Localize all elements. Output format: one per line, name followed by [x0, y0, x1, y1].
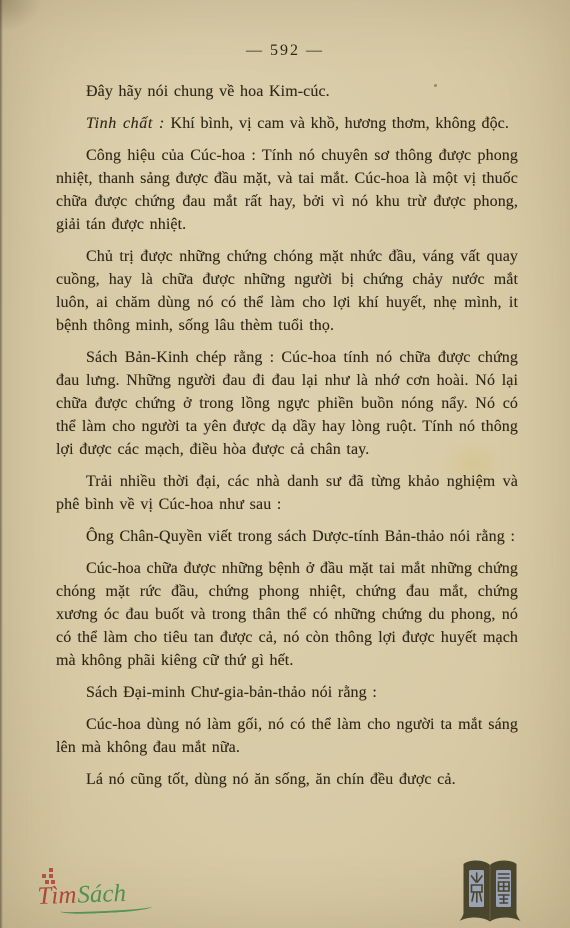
- paragraph-lead-italic: Tinh chất :: [86, 115, 165, 132]
- timsach-watermark: TìmSách: [36, 868, 176, 916]
- text-block: Đây hãy nói chung về hoa Kim-cúc. Tinh c…: [56, 80, 518, 791]
- open-book-stamp-icon: [458, 857, 522, 925]
- scanned-book-page: — 592 — Đây hãy nói chung về hoa Kim-cúc…: [0, 0, 570, 928]
- paragraph-cong-hieu: Công hiệu của Cúc-hoa : Tính nó chuyên s…: [56, 144, 518, 236]
- paragraph-la-no: Lá nó cũng tốt, dùng nó ăn sống, ăn chín…: [56, 768, 518, 791]
- paragraph-chan-quyen: Ông Chân-Quyền viết trong sách Dược-tính…: [56, 525, 518, 548]
- paragraph-dai-minh: Sách Đại-minh Chư-gia-bản-thảo nói rằng …: [56, 681, 518, 704]
- paragraph-text: Khí bình, vị cam và khồ, hương thơm, khô…: [171, 115, 509, 132]
- paragraph-cuc-hoa-goi: Cúc-hoa dùng nó làm gối, nó có thể làm c…: [56, 713, 518, 759]
- paper-speck: [412, 583, 414, 587]
- paragraph-chu-tri: Chủ trị được những chứng chóng mặt nhức …: [56, 245, 518, 337]
- paper-speck: [434, 84, 437, 87]
- paragraph-duoc-tinh-quote: Cúc-hoa chữa được những bệnh ở đầu mặt t…: [56, 557, 518, 672]
- paragraph-khao-nghiem: Trải nhiều thời đại, các nhà danh sư đã …: [56, 470, 518, 516]
- page-number-header: — 592 —: [0, 0, 570, 60]
- paragraph-sach-ban-kinh: Sách Bản-Kinh chép rằng : Cúc-hoa tính n…: [56, 346, 518, 461]
- paragraph-tinh-chat: Tinh chất : Khí bình, vị cam và khồ, hươ…: [56, 112, 518, 135]
- scan-edge-shadow: [0, 0, 3, 928]
- paragraph-kim-cuc-intro: Đây hãy nói chung về hoa Kim-cúc.: [56, 80, 518, 103]
